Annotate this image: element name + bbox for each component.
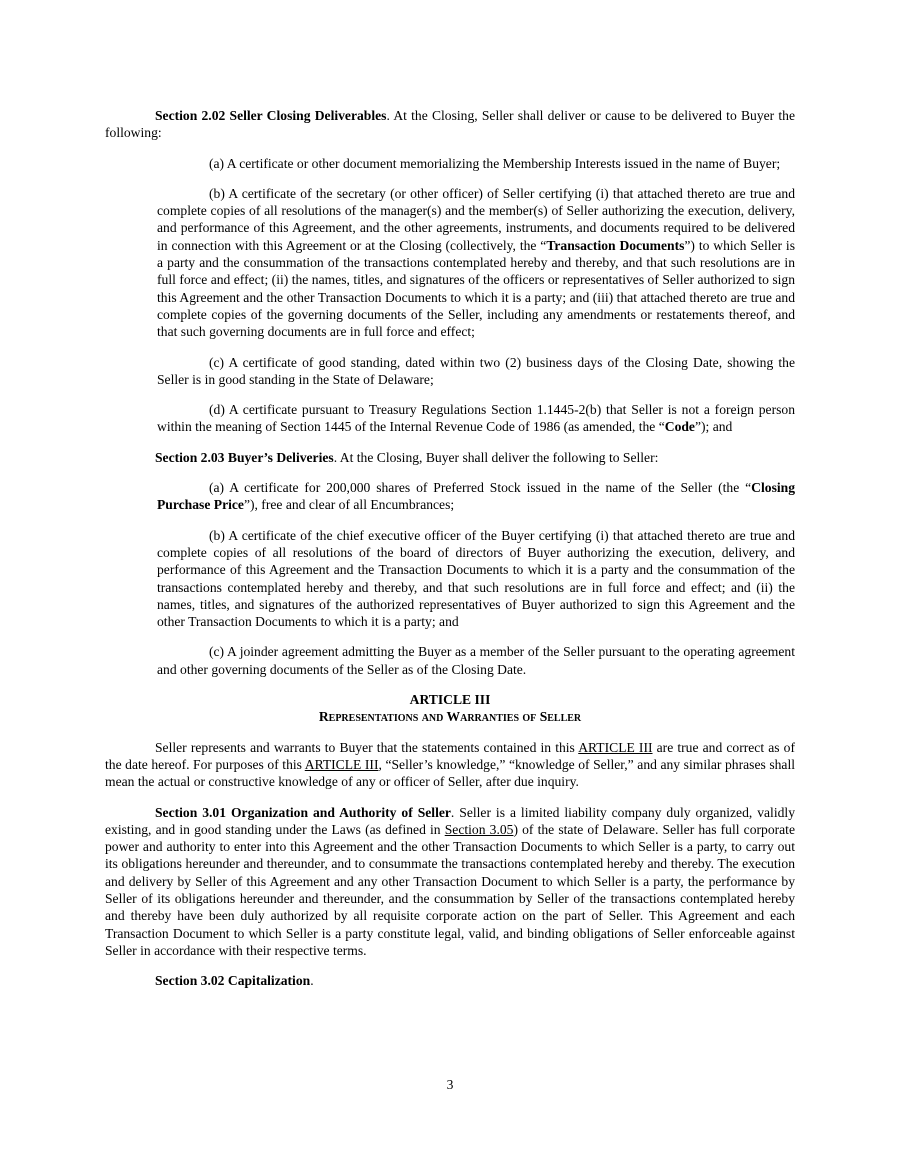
bold-text: Transaction Documents xyxy=(546,238,684,253)
text-run: . At the Closing, Buyer shall deliver th… xyxy=(334,450,659,465)
text-run: (c) A certificate of good standing, date… xyxy=(157,355,795,387)
underlined-reference: ARTICLE III xyxy=(578,740,652,755)
paragraph-section-3-02: Section 3.02 Capitalization. xyxy=(105,972,795,989)
paragraph-section-2-03: Section 2.03 Buyer’s Deliveries. At the … xyxy=(105,449,795,466)
underlined-reference: Section 3.05 xyxy=(445,822,514,837)
bold-text: ARTICLE III xyxy=(410,692,491,707)
paragraph-section-2-02: Section 2.02 Seller Closing Deliverables… xyxy=(105,107,795,142)
article-iii-subheading: Representations and Warranties of Seller xyxy=(105,708,795,725)
article-iii-heading: ARTICLE III xyxy=(105,691,795,708)
text-run: ”); and xyxy=(695,419,732,434)
bold-text: Section 2.02 Seller Closing Deliverables xyxy=(155,108,386,123)
bold-text: Section 3.01 Organization and Authority … xyxy=(155,805,451,820)
page-number: 3 xyxy=(0,1076,900,1093)
text-run: (b) A certificate of the chief executive… xyxy=(157,528,795,629)
text-run: ”), free and clear of all Encumbrances; xyxy=(244,497,454,512)
subparagraph-2-02-b: (b) A certificate of the secretary (or o… xyxy=(157,185,795,341)
text-run: (a) A certificate or other document memo… xyxy=(209,156,780,171)
bold-text: Representations and Warranties of Seller xyxy=(319,709,581,724)
bold-text: Code xyxy=(665,419,695,434)
text-run: (c) A joinder agreement admitting the Bu… xyxy=(157,644,795,676)
subparagraph-2-03-c: (c) A joinder agreement admitting the Bu… xyxy=(157,643,795,678)
subparagraph-2-03-b: (b) A certificate of the chief executive… xyxy=(157,527,795,631)
text-run: (a) A certificate for 200,000 shares of … xyxy=(209,480,751,495)
text-run: Seller represents and warrants to Buyer … xyxy=(155,740,578,755)
document-page: Section 2.02 Seller Closing Deliverables… xyxy=(0,0,900,1165)
text-run: . xyxy=(310,973,313,988)
subparagraph-2-02-a: (a) A certificate or other document memo… xyxy=(157,155,795,172)
underlined-reference: ARTICLE III xyxy=(305,757,379,772)
paragraph-article-iii-intro: Seller represents and warrants to Buyer … xyxy=(105,739,795,791)
text-run: ) of the state of Delaware. Seller has f… xyxy=(105,822,795,958)
subparagraph-2-02-c: (c) A certificate of good standing, date… xyxy=(157,354,795,389)
subparagraph-2-02-d: (d) A certificate pursuant to Treasury R… xyxy=(157,401,795,436)
bold-text: Section 3.02 Capitalization xyxy=(155,973,310,988)
paragraph-section-3-01: Section 3.01 Organization and Authority … xyxy=(105,804,795,960)
text-run: ”) to which Seller is a party and the co… xyxy=(157,238,795,339)
subparagraph-2-03-a: (a) A certificate for 200,000 shares of … xyxy=(157,479,795,514)
bold-text: Section 2.03 Buyer’s Deliveries xyxy=(155,450,334,465)
